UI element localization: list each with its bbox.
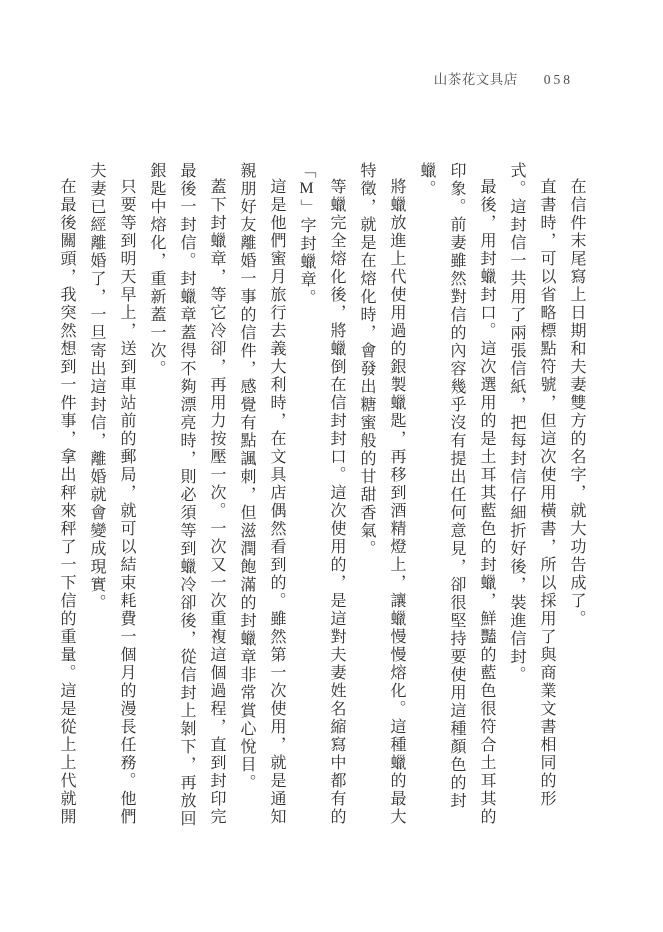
body-paragraph: 直書時，可以省略標點符號，但這次使用橫書，所以採用了與商業文書相同的形式。這封信… bbox=[501, 162, 561, 832]
body-paragraph: 在信件末尾寫上日期和夫妻雙方的名字，就大功告成了。 bbox=[561, 162, 591, 832]
body-paragraph: 最後，用封蠟封口。這次選用的是土耳其藍色的封蠟，鮮豔的藍色很符合土耳其的印象。前… bbox=[411, 162, 501, 832]
body-paragraph: 只要等到明天早上，送到車站前的郵局，就可以結束耗費一個月的漫長任務。他們夫妻已經… bbox=[81, 162, 141, 832]
book-title: 山茶花文具店 bbox=[434, 68, 518, 88]
body-paragraph: 等蠟完全熔化後，將蠟倒在信封封口。這次使用的，是這對夫妻姓名縮寫中都有的「M」字… bbox=[291, 162, 351, 832]
body-text: 在信件末尾寫上日期和夫妻雙方的名字，就大功告成了。 直書時，可以省略標點符號，但… bbox=[51, 162, 591, 832]
body-paragraph: 這是他們蜜月旅行去義大利時，在文具店偶然看到的。雖然第一次使用，就是通知親朋好友… bbox=[231, 162, 291, 832]
book-page: 山茶花文具店 058 在信件末尾寫上日期和夫妻雙方的名字，就大功告成了。 直書時… bbox=[0, 0, 663, 932]
body-paragraph: 蓋下封蠟章，等它冷卻，再用力按壓一次。一次又一次重複這個過程，直到封印完最後一封… bbox=[141, 162, 231, 832]
body-paragraph: 在最後關頭，我突然想到一件事，拿出秤來秤了一下信的重量。這是從上上代就開 bbox=[51, 162, 81, 832]
running-head: 山茶花文具店 058 bbox=[434, 68, 573, 88]
body-paragraph: 將蠟放進上代使用過的銀製蠟匙，再移到酒精燈上，讓蠟慢慢熔化。這種蠟的最大特徵，就… bbox=[351, 162, 411, 832]
page-number: 058 bbox=[544, 72, 573, 88]
